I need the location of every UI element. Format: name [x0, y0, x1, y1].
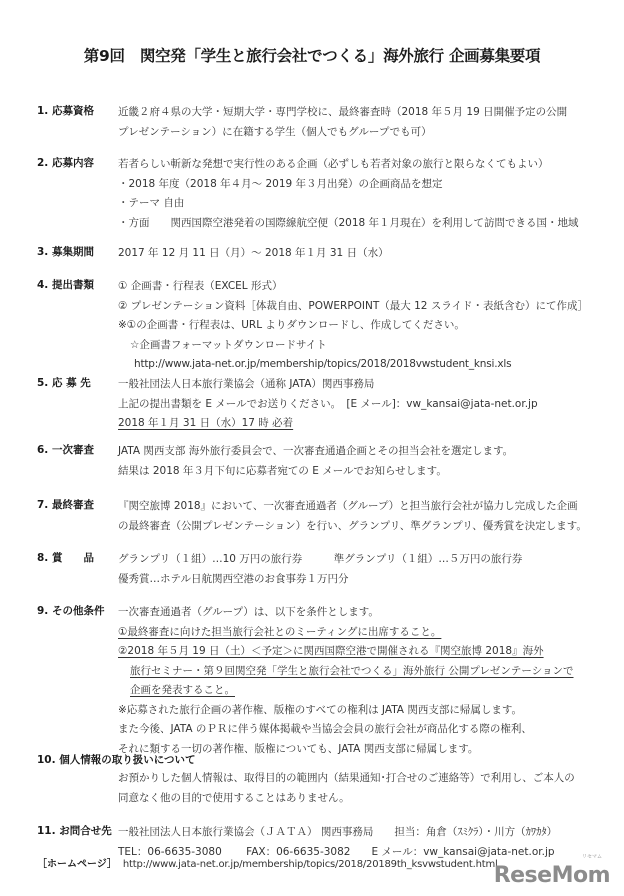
section-label: 1. 応募資格: [37, 103, 94, 118]
section-label: 9. その他条件: [37, 603, 104, 618]
text-line: グランプリ（１組）…10 万円の旅行券 準グランプリ（１組）…５万円の旅行券: [118, 550, 618, 570]
text-line: 結果は 2018 年３月下旬に応募者宛ての E メールでお知らせします。: [118, 462, 618, 482]
text-line: ② プレゼンテーション資料［体裁自由、POWERPOINT（最大 12 スライド…: [118, 297, 618, 317]
homepage-label: ［ホームページ］: [37, 859, 117, 870]
download-url-link[interactable]: http://www.jata-net.or.jp/membership/top…: [118, 355, 618, 375]
text-line: ・2018 年度（2018 年４月～ 2019 年３月出発）の企画商品を想定: [118, 175, 618, 195]
condition-2: ②2018 年５月 19 日（土）＜予定＞に関西国際空港で開催される『関空旅博 …: [118, 645, 544, 657]
condition-1: ①最終審査に向けた担当旅行会社とのミーティングに出席すること。: [118, 626, 441, 638]
text-line: ※応募された旅行企画の著作権、版権のすべての権利は JATA 関西支部に帰属しま…: [118, 701, 618, 721]
text-line: 一般社団法人日本旅行業協会（ＪＡＴＡ） 関西事務局 担当：角倉（ｽﾐｸﾗ）・川方…: [118, 823, 618, 843]
text-line: 優秀賞…ホテル日航関西空港のお食事券１万円分: [118, 570, 618, 590]
deadline-text: 2018 年１月 31 日（水）17 時 必着: [118, 417, 293, 429]
text-line: 一般社団法人日本旅行業協会（通称 JATA）関西事務局: [118, 375, 618, 395]
text-line: お預かりした個人情報は、取得目的の範囲内（結果通知･打合せのご連絡等）で利用し、…: [118, 769, 618, 789]
section-label: 7. 最終審査: [37, 497, 94, 512]
condition-2-end: 企画を発表すること。: [130, 684, 235, 696]
text-line: ・テーマ 自由: [118, 194, 618, 214]
text-line: ・方面 関西国際空港発着の国際線航空便（2018 年１月現在）を利用して訪問でき…: [118, 214, 618, 234]
document-title: 第9回 関空発「学生と旅行会社でつくる」海外旅行 企画募集要項: [0, 44, 624, 66]
watermark-ruby: リセマム: [582, 853, 602, 860]
section-label: 11. お問合せ先: [37, 823, 112, 838]
homepage-url-link[interactable]: http://www.jata-net.or.jp/membership/top…: [123, 859, 498, 870]
text-line: プレゼンテーション）に在籍する学生（個人でもグループでも可）: [118, 123, 618, 143]
section-label: 5. 応 募 先: [37, 375, 91, 390]
section-label: 8. 賞 品: [37, 550, 94, 565]
section-label: 4. 提出書類: [37, 277, 94, 292]
text-line: 同意なく他の目的で使用することはありません。: [118, 789, 618, 809]
email-line: 上記の提出書類を E メールでお送りください。 [E メール]：vw_kansa…: [118, 395, 618, 415]
text-line: 2017 年 12 月 11 日（月）～ 2018 年１月 31 日（水）: [118, 244, 618, 264]
section-label: 10. 個人情報の取り扱いについて: [37, 752, 196, 767]
section-label: 3. 募集期間: [37, 244, 94, 259]
text-line: ☆企画書フォーマットダウンロードサイト: [118, 336, 618, 356]
section-label: 2. 応募内容: [37, 155, 94, 170]
text-line: ※①の企画書・行程表は、URL よりダウンロードし、作成してください。: [118, 316, 618, 336]
text-line: 若者らしい斬新な発想で実行性のある企画（必ずしも若者対象の旅行と限らなくてもよい…: [118, 155, 618, 175]
text-line: ① 企画書・行程表（EXCEL 形式）: [118, 277, 618, 297]
text-line: また今後、JATA のＰＲに伴う媒体掲載や当協会会員の旅行会社が商品化する際の権…: [118, 720, 618, 740]
text-line: JATA 関西支部 海外旅行委員会で、一次審査通過企画とその担当会社を選定します…: [118, 442, 618, 462]
text-line: 近畿２府４県の大学・短期大学・専門学校に、最終審査時（2018 年５月 19 日…: [118, 103, 618, 123]
homepage-line: ［ホームページ］http://www.jata-net.or.jp/member…: [37, 855, 498, 870]
resemom-logo: ReseMom: [494, 863, 610, 888]
section-label: 6. 一次審査: [37, 442, 94, 457]
text-line: 『関空旅博 2018』において、一次審査通過者（グループ）と担当旅行会社が協力し…: [118, 497, 618, 517]
text-line: の最終審査（公開プレゼンテーション）を行い、グランプリ、準グランプリ、優秀賞を決…: [118, 517, 618, 537]
text-line: 一次審査通過者（グループ）は、以下を条件とします。: [118, 603, 618, 623]
condition-2-cont: 旅行セミナー・第９回関空発「学生と旅行会社でつくる」海外旅行 公開プレゼンテーシ…: [130, 665, 574, 677]
